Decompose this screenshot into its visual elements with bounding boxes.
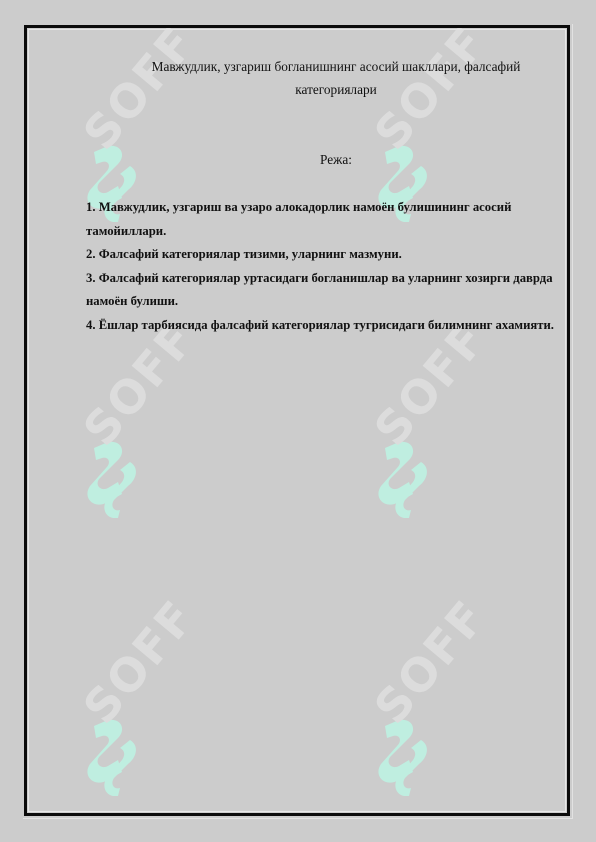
plan-heading: Режа: (106, 152, 556, 168)
document-body: Мавжудлик, узгариш богланишнинг асосий ш… (86, 55, 556, 337)
plan-item: 2. Фалсафий категориялар тизими, уларнин… (86, 243, 556, 267)
plan-item: 3. Фалсафий категориялар уртасидаги богл… (86, 267, 556, 314)
plan-list: 1. Мавжудлик, узгариш ва узаро алокадорл… (86, 196, 556, 337)
plan-item: 4. Ёшлар тарбиясида фалсафий категорияла… (86, 314, 556, 338)
document-title: Мавжудлик, узгариш богланишнинг асосий ш… (106, 55, 556, 101)
plan-item: 1. Мавжудлик, узгариш ва узаро алокадорл… (86, 196, 556, 243)
